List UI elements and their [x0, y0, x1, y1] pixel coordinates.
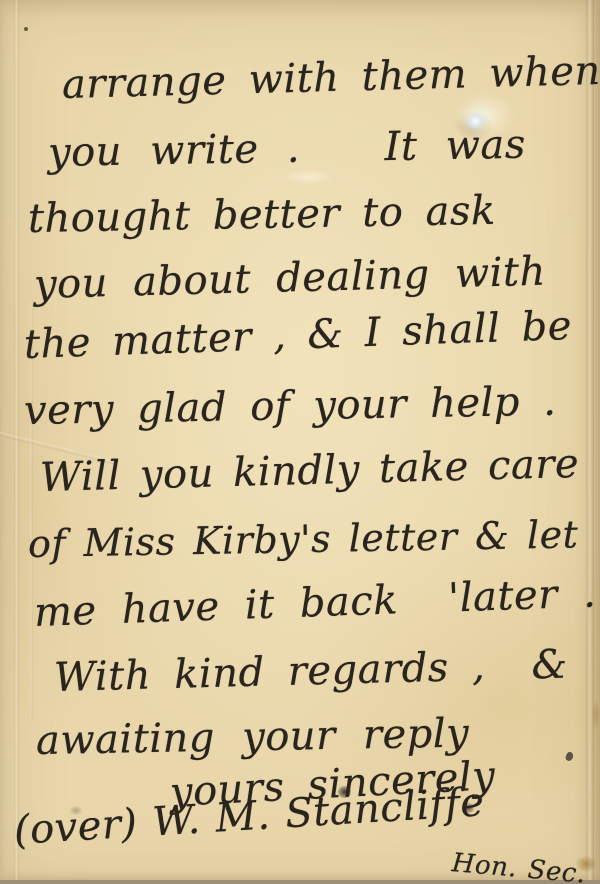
- letter-line-4: you about dealing with: [33, 249, 546, 308]
- letter-line-1: arrange with them when: [61, 48, 600, 108]
- letter-page: arrange with them when you write . It wa…: [0, 0, 600, 884]
- letter-line-10: With kind regards , &: [53, 642, 568, 701]
- ink-speck: [564, 751, 575, 762]
- fold-crease-right: [586, 0, 594, 884]
- letter-line-8: of Miss Kirby's letter & let: [28, 512, 579, 566]
- letter-line-6: very glad of your help .: [24, 379, 557, 434]
- letter-line-7: Will you kindly take care: [39, 441, 579, 501]
- letter-line-11: awaiting your reply: [36, 710, 470, 764]
- letter-line-3: thought better to ask: [28, 188, 496, 242]
- ink-speck: [24, 27, 28, 31]
- letter-line-2: you write . It was: [48, 122, 527, 176]
- brown-stain-edge: [592, 700, 600, 730]
- letter-line-5: the matter , & I shall be: [23, 303, 572, 368]
- paper-smudge: [286, 170, 332, 184]
- fold-crease-left: [14, 0, 19, 884]
- letter-role: Hon. Sec.: [451, 848, 587, 884]
- letter-line-9: me have it back 'later .: [33, 570, 597, 636]
